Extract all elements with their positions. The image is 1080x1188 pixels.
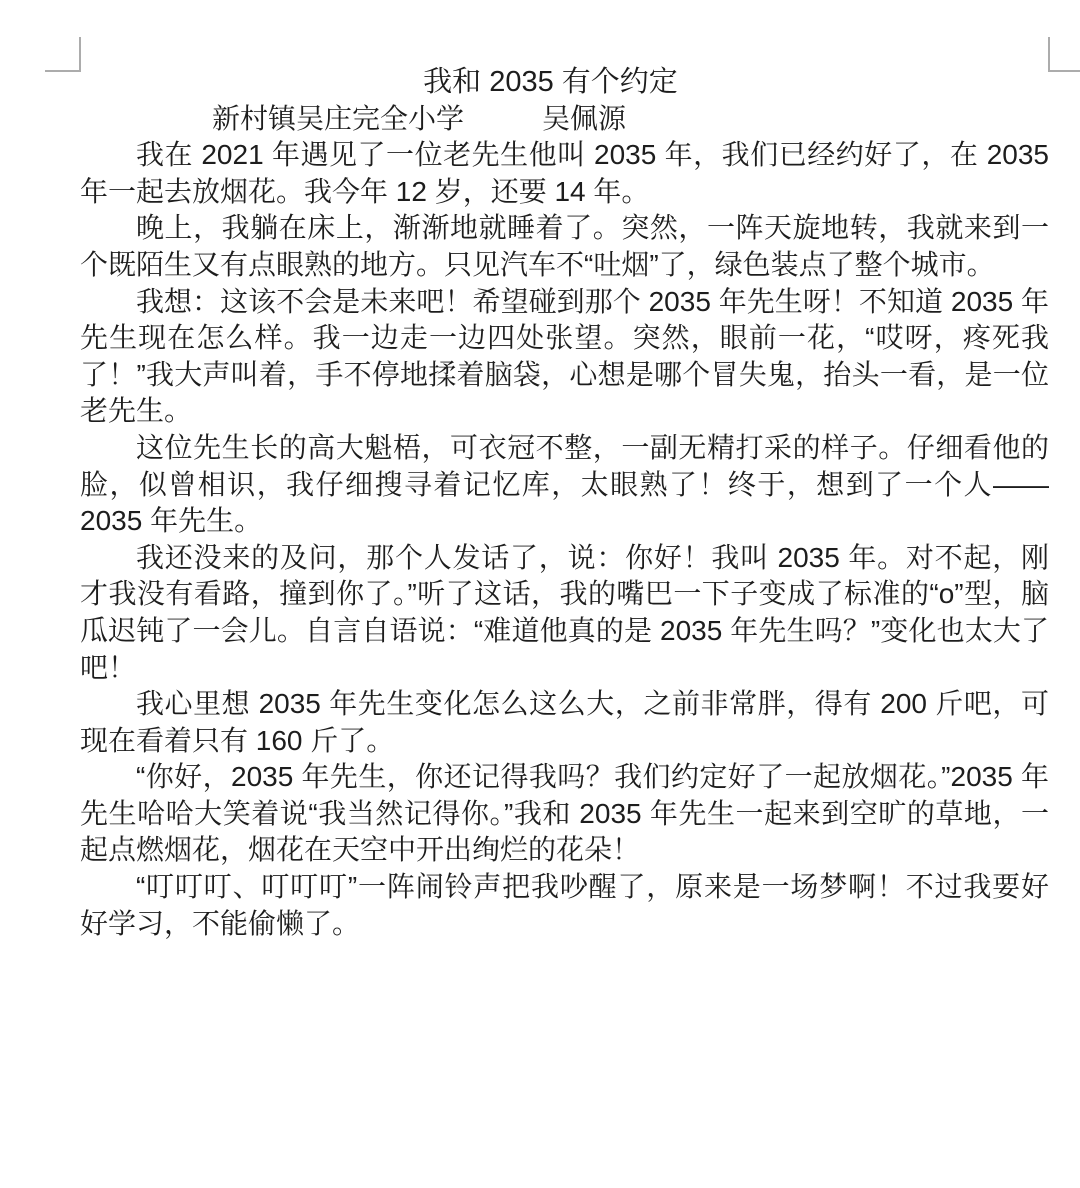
essay-paragraph: 晚上，我躺在床上，渐渐地就睡着了。突然，一阵天旋地转，我就来到一个既陌生又有点眼… <box>80 210 1049 283</box>
document-page: 我和 2035 有个约定 新村镇吴庄完全小学吴佩源 我在 2021 年遇见了一位… <box>0 0 1080 1188</box>
author-name: 吴佩源 <box>542 103 626 134</box>
essay-title: 我和 2035 有个约定 <box>66 64 1035 101</box>
margin-crop-mark-top-right <box>1048 37 1080 72</box>
essay-paragraph: 我想：这该不会是未来吧！希望碰到那个 2035 年先生呀！不知道 2035 年先… <box>80 284 1049 430</box>
school-name: 新村镇吴庄完全小学 <box>212 103 464 134</box>
essay-paragraph: “你好，2035 年先生，你还记得我吗？我们约定好了一起放烟花。”2035 年先… <box>80 759 1049 869</box>
essay-byline: 新村镇吴庄完全小学吴佩源 <box>80 101 1049 138</box>
essay-paragraph: 我心里想 2035 年先生变化怎么这么大，之前非常胖，得有 200 斤吧，可现在… <box>80 686 1049 759</box>
essay-paragraph: 我在 2021 年遇见了一位老先生他叫 2035 年，我们已经约好了，在 203… <box>80 137 1049 210</box>
essay-content: 我和 2035 有个约定 新村镇吴庄完全小学吴佩源 我在 2021 年遇见了一位… <box>80 64 1049 942</box>
essay-body: 我在 2021 年遇见了一位老先生他叫 2035 年，我们已经约好了，在 203… <box>80 137 1049 942</box>
essay-paragraph: “叮叮叮、叮叮叮”一阵闹铃声把我吵醒了，原来是一场梦啊！不过我要好好学习，不能偷… <box>80 869 1049 942</box>
essay-paragraph: 我还没来的及问，那个人发话了，说：你好！我叫 2035 年。对不起，刚才我没有看… <box>80 540 1049 686</box>
essay-paragraph: 这位先生长的高大魁梧，可衣冠不整，一副无精打采的样子。仔细看他的脸，似曾相识，我… <box>80 430 1049 540</box>
